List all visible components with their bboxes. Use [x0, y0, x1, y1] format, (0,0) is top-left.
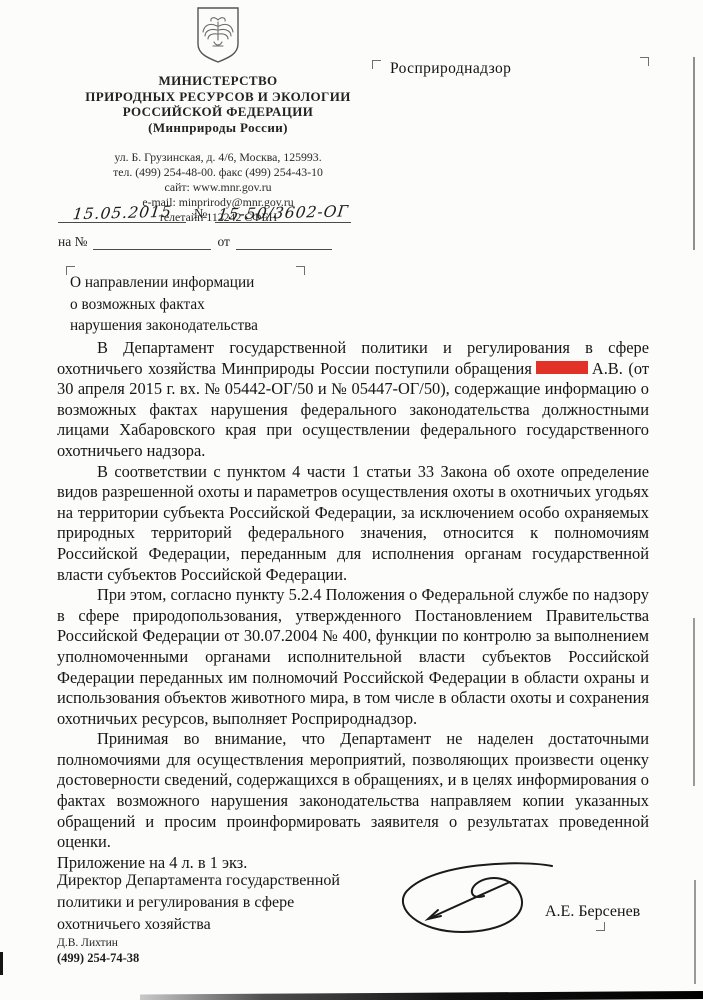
reply-number-blank — [93, 233, 211, 250]
ministry-line: ПРИРОДНЫХ РЕСУРСОВ И ЭКОЛОГИИ — [58, 89, 378, 105]
reference-block: 15.05.2015 № 15-50/3602-ОГ на № от — [58, 204, 358, 250]
scan-bottom-bar — [140, 991, 703, 1000]
address-line: ул. Б. Грузинская, д. 4/6, Москва, 12599… — [58, 150, 378, 165]
reply-to-number-label: на № — [58, 234, 87, 250]
outgoing-date-handwritten: 15.05.2015 — [58, 204, 186, 223]
signer-position-line: политики и регулирования в сфере — [57, 892, 387, 914]
address-corner-mark — [372, 60, 381, 69]
scan-left-mark — [0, 952, 3, 975]
scan-edge-line — [693, 57, 695, 250]
reply-from-label: от — [217, 234, 229, 250]
outgoing-number-handwritten: 15-50/3602-ОГ — [215, 204, 351, 223]
paragraph-1: В Департамент государственной политики и… — [57, 338, 649, 462]
subject-line: О направлении информации — [70, 272, 320, 294]
phone-fax-line: тел. (499) 254-48-00. факс (499) 254-43-… — [58, 165, 378, 180]
handwritten-signature — [392, 858, 560, 945]
paragraph-2: В соответствии с пунктом 4 части 1 стать… — [57, 462, 649, 586]
ministry-line: РОССИЙСКОЙ ФЕДЕРАЦИИ — [58, 104, 378, 120]
scan-edge-line — [693, 618, 695, 786]
signature-corner-mark — [596, 922, 605, 931]
scanned-letter-page: МИНИСТЕРСТВО ПРИРОДНЫХ РЕСУРСОВ И ЭКОЛОГ… — [0, 0, 703, 1000]
paragraph-4: Принимая во внимание, что Департамент не… — [57, 729, 649, 853]
executor-name: Д.В. Лихтин — [57, 936, 118, 950]
paragraph-3: При этом, согласно пункту 5.2.4 Положени… — [57, 585, 649, 729]
ministry-name: МИНИСТЕРСТВО ПРИРОДНЫХ РЕСУРСОВ И ЭКОЛОГ… — [58, 73, 378, 135]
ministry-line: МИНИСТЕРСТВО — [58, 73, 378, 89]
executor-phone: (499) 254-74-38 — [57, 951, 139, 966]
subject-line: о возможных фактах — [70, 294, 320, 316]
letterhead: МИНИСТЕРСТВО ПРИРОДНЫХ РЕСУРСОВ И ЭКОЛОГ… — [58, 6, 378, 225]
website-line: сайт: www.mnr.gov.ru — [58, 180, 378, 195]
reply-date-blank — [236, 233, 332, 250]
subject-block: О направлении информации о возможных фак… — [70, 272, 320, 337]
subject-line: нарушения законодательства — [70, 315, 320, 337]
redaction-box — [536, 361, 588, 374]
signer-position: Директор Департамента государственной по… — [57, 870, 387, 935]
signer-position-line: Директор Департамента государственной — [57, 870, 387, 892]
signer-name: А.Е. Берсенев — [545, 903, 640, 921]
scan-edge-line — [694, 880, 696, 984]
ministry-line: (Минприроды России) — [58, 120, 378, 136]
recipient-name: Росприроднадзор — [390, 60, 655, 78]
signer-position-line: охотничьего хозяйства — [57, 914, 387, 936]
coat-of-arms-icon — [192, 6, 244, 69]
letter-body: В Департамент государственной политики и… — [57, 338, 649, 873]
number-sign: № — [194, 207, 207, 223]
